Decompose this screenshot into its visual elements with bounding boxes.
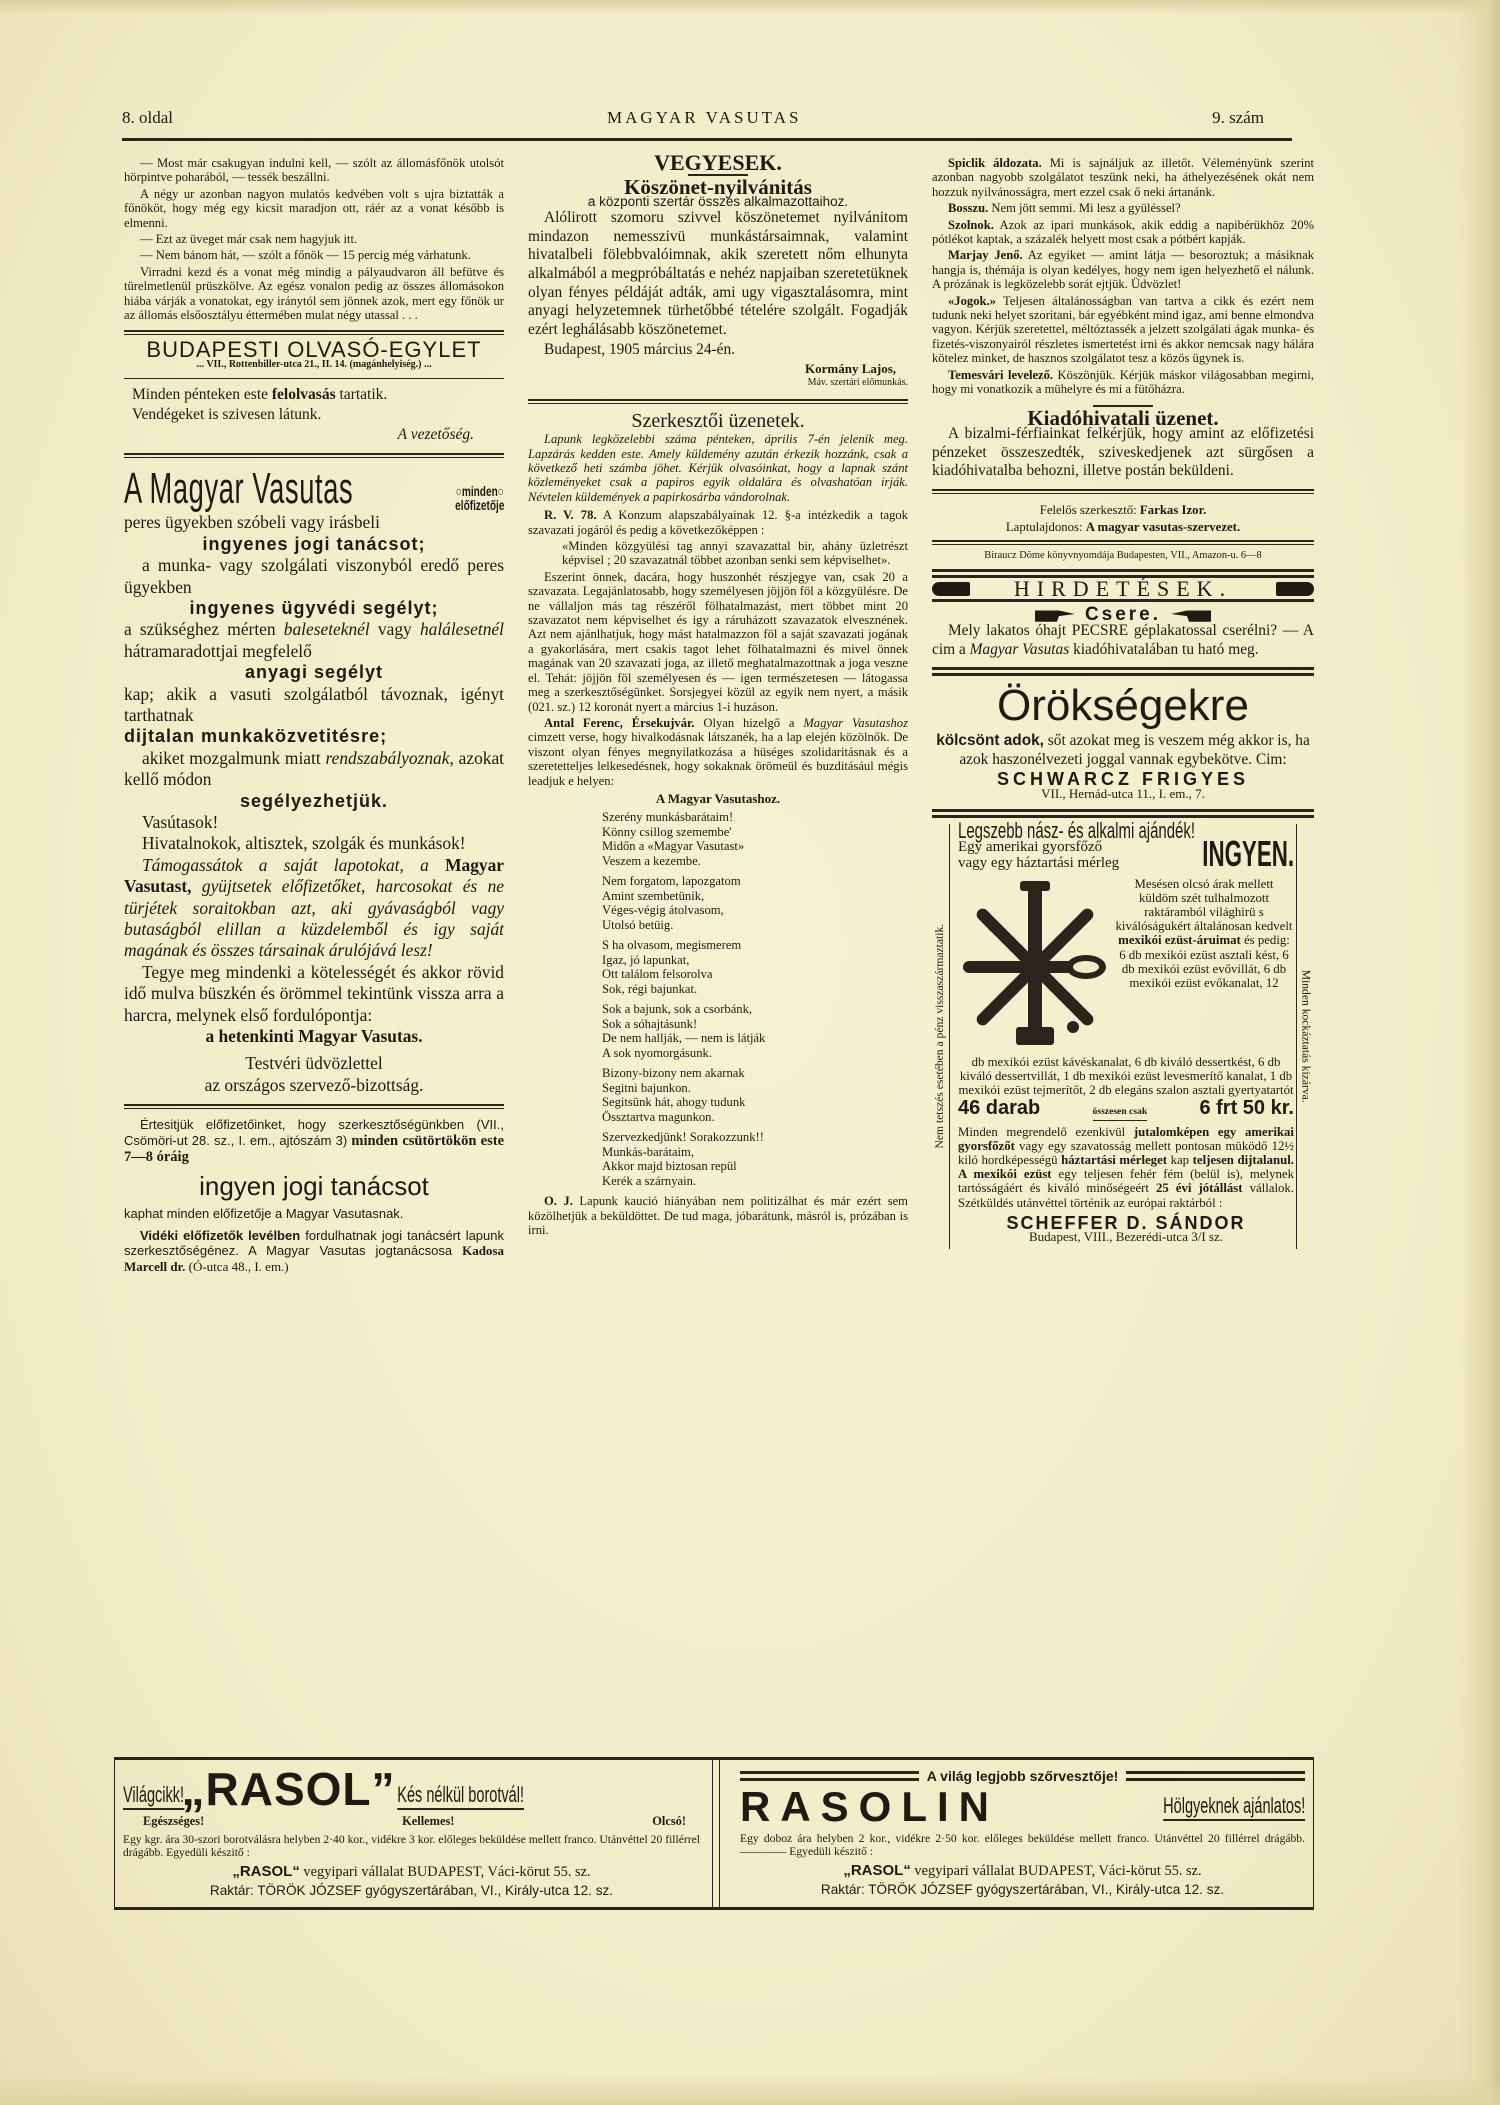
poem-line: Véges-végig átolvasom, <box>602 903 908 918</box>
kiado-paragraph: A bizalmi-férfiainkat felkérjük, hogy am… <box>932 425 1314 481</box>
mv-ad-line: peres ügyekben szóbeli vagy irásbeli <box>124 512 504 533</box>
text: Minden megrendelő ezenkivül <box>958 1125 1134 1139</box>
story-paragraph: — Most már csakugyan indulni kell, — szó… <box>124 156 504 185</box>
szerk-message: Eszerint önnek, dacára, hogy huszonhét r… <box>528 570 908 714</box>
nasz-offer-row: Egy amerikai gyorsfőzővagy egy háztartás… <box>958 839 1294 871</box>
text: Olyan hizelgő a <box>695 716 804 730</box>
rasol-body: Egy kgr. ára 30-szori borotválásra helyb… <box>123 1833 700 1859</box>
szerk-message: Antal Ferenc, Érsekujvár. Olyan hizelgő … <box>528 716 908 788</box>
paper-edge-top <box>0 0 1500 14</box>
poem-line: S ha olvasom, megismerem <box>602 938 908 953</box>
olvaso-emphasis: felolvasás <box>272 386 336 403</box>
koszonet-body: Alólirott szomoru szivvel köszönetemet n… <box>528 209 908 360</box>
mv-ad-line: Vasútasok! <box>124 812 504 833</box>
story-paragraph: A négy ur azonban nagyon mulatós kedvébe… <box>124 187 504 230</box>
poem-line: Sok a sóhajtásunk! <box>602 1017 908 1032</box>
recipient-name: Antal Ferenc, Érsekujvár. <box>544 716 695 730</box>
rasol-ad: Világcikk! „RASOL” Kés nélkül borotvál! … <box>114 1760 708 1907</box>
poem-line: Munkás-barátaim, <box>602 1145 908 1160</box>
side-note-text: Nem tetszés esetében a pénz visszaszárma… <box>933 924 947 1149</box>
text: a szükséghez mérten <box>124 619 284 639</box>
recipient-name: Bosszu. <box>948 201 988 215</box>
imprint-editor: Felelős szerkesztő: Farkas Izor. <box>932 502 1314 519</box>
text-bold: 25 évi jótállást <box>1156 1181 1243 1195</box>
maker-text: vegyipari vállalat BUDAPEST, Váci-körut … <box>911 1863 1202 1879</box>
ad-separator <box>708 1760 724 1907</box>
poem-line: A sok nyomorgásunk. <box>602 1046 908 1061</box>
mv-ad-title: A Magyar Vasutas <box>124 466 310 512</box>
notice-headline: ingyen jogi tanácsot <box>124 1170 504 1202</box>
seller-address: Budapest, VIII., Bezerédi-utca 3/I sz. <box>958 1230 1294 1248</box>
side-note-text: Minden kockáztatás kizárva. <box>1298 970 1312 1103</box>
notice-line: Értesitjük előfizetőinket, hogy szerkesz… <box>124 1117 504 1166</box>
szerk-intro: Lapunk legközelebbi száma pénteken, ápri… <box>528 432 908 504</box>
mv-ad-title-row: A Magyar Vasutas ○minden○előfizetője <box>124 466 504 512</box>
szerk-messages-continued: Spiclik áldozata. Mi is sajnáljuk az ill… <box>932 156 1314 397</box>
poem-stanza: Bizony-bizony nem akarnakSegitni bajunko… <box>602 1066 908 1124</box>
poem-line: Segitni bajunkon. <box>602 1081 908 1096</box>
poem-stanza: Nem forgatom, lapozgatomAmint szembetüni… <box>602 874 908 932</box>
column-3: Spiclik áldozata. Mi is sajnáljuk az ill… <box>932 156 1314 1249</box>
section-divider <box>528 399 908 404</box>
text: (Ó-utca 48., I. em.) <box>185 1259 288 1274</box>
story-paragraph: — Ezt az üveget már csak nem hagyjuk itt… <box>124 232 504 246</box>
text: vagy <box>370 619 420 639</box>
rasolin-tagline: A világ legjobb szőrvesztője! <box>927 1768 1119 1784</box>
text-bold: mexikói ezüst-áruimat <box>1118 933 1241 947</box>
orokseg-ad: Örökségekre kölcsönt adok, sőt azokat me… <box>932 680 1314 801</box>
szerk-message: O. J. Lapunk kaució hiányában nem politi… <box>528 1194 908 1237</box>
paper-edge-bottom <box>0 2075 1500 2105</box>
text-italic: Támogassátok a saját lapotokat, a <box>142 855 445 875</box>
recipient-name: R. V. 78. <box>544 508 597 522</box>
text: Nem jött semmi. Mi lesz a gyüléssel? <box>988 201 1180 215</box>
recipient-name: Szolnok. <box>948 218 994 232</box>
item-count: 46 darab <box>958 1101 1040 1115</box>
text: hátramaradottjai megfelelő <box>124 641 312 661</box>
poem-title: A Magyar Vasutashoz. <box>528 792 908 806</box>
orokseg-address: VII., Hernád-utca 11., I. em., 7. <box>932 787 1314 801</box>
text: és pedig: <box>1241 933 1290 947</box>
nasz-description: Mesésen olcsó árak mellett küldöm szét t… <box>1114 877 1294 1055</box>
koszonet-date: Budapest, 1905 március 24-én. <box>528 341 908 360</box>
olvaso-text: Vendégeket is szivesen látunk. <box>132 405 504 425</box>
story-paragraph: — Nem bánom hát, — szólt a főnök — 15 pe… <box>124 248 504 262</box>
ads-heading: HIRDETÉSEK. <box>932 582 1314 596</box>
poem-line: Akkor majd biztosan repül <box>602 1159 908 1174</box>
printer-line: Biraucz Döme könyvnyomdája Budapesten, V… <box>932 549 1314 563</box>
recipient-name: «Jogok.» <box>948 294 996 308</box>
text: kap <box>1167 1153 1193 1167</box>
masthead-title: MAGYAR VASUTAS <box>607 108 801 128</box>
mv-ad-line: akiket mozgalmunk miatt rendszabályoznak… <box>124 748 504 791</box>
mv-ad-line: kap; akik a vasuti szolgálatból távoznak… <box>124 684 504 727</box>
csere-title-row: Csere. <box>932 608 1314 622</box>
price-value: 6 frt 50 kr. <box>1199 1101 1294 1115</box>
poem-line: Szerény munkásbarátaim! <box>602 810 908 825</box>
poem-stanza: Szerény munkásbarátaim!Könny csillog sze… <box>602 810 908 868</box>
szerk-title: Szerkesztői üzenetek. <box>528 414 908 428</box>
mv-ad-heading: ingyenes jogi tanácsot; <box>124 534 504 555</box>
text: Lapunk kaució hiányában nem politizálhat… <box>528 1194 908 1237</box>
divider <box>932 569 1314 572</box>
mv-ad-heading: dijtalan munkaközvetitésre; <box>124 726 504 747</box>
notice-line: Vidéki előfizetők levélben fordulhatnak … <box>124 1228 504 1275</box>
mv-ad-line: a munka- vagy szolgálati viszonyból ered… <box>124 555 504 598</box>
rasolin-raktar: Raktár: TÖRÖK JÓZSEF gyógyszertárában, V… <box>740 1882 1305 1897</box>
ads-heading-text: HIRDETÉSEK. <box>1014 582 1232 596</box>
orokseg-title: Örökségekre <box>932 680 1314 732</box>
story-continuation: — Most már csakugyan indulni kell, — szó… <box>124 156 504 322</box>
ingyen-label: INGYEN. <box>1202 847 1294 861</box>
imprint: Felelős szerkesztő: Farkas Izor. Laptula… <box>932 502 1314 536</box>
section-divider <box>932 489 1314 494</box>
label: Felelős szerkesztő: <box>1040 503 1140 517</box>
story-paragraph: Virradni kezd és a vonat még mindig a pá… <box>124 265 504 323</box>
editor-name: Farkas Izor. <box>1140 503 1206 517</box>
badge-line: előfizetője <box>455 497 504 513</box>
koszonet-title: Köszönet-nyilvánitás <box>528 180 908 194</box>
text-italic: Magyar Vasutashoz <box>803 716 908 730</box>
pen-ornament-icon <box>1276 582 1314 596</box>
decor-bars <box>740 1771 919 1781</box>
mv-ad-line: a szükséghez mérten baleseteknél vagy ha… <box>124 619 504 662</box>
poem-line: Midőn a «Magyar Vasutast» <box>602 839 908 854</box>
recipient-name: O. J. <box>544 1194 573 1208</box>
poem-line: Sok a bajunk, sok a csorbánk, <box>602 1002 908 1017</box>
cutlery-candlestick-illustration <box>958 877 1108 1055</box>
seller-name: SCHEFFER D. SÁNDOR <box>958 1216 1294 1230</box>
column-2: VEGYESEK. Köszönet-nyilvánitás a központ… <box>528 156 908 1240</box>
rasol-subtitles: Egészséges! Kellemes! Olcsó! <box>123 1814 700 1829</box>
rasol-sub: Olcsó! <box>652 1814 686 1829</box>
rasolin-ad: A világ legjobb szőrvesztője! RASOLIN Hö… <box>724 1760 1314 1907</box>
csere-ad: Csere. Mely lakatos óhajt PECSRE géplaka… <box>932 608 1314 660</box>
mv-ad-signature: az országos szervező-bizottság. <box>124 1075 504 1096</box>
mv-ad-heading: ingyenes ügyvédi segélyt; <box>124 598 504 619</box>
poem-line: Könny csillog szemembe' <box>602 825 908 840</box>
koszonet-paragraph: Alólirott szomoru szivvel köszönetemet n… <box>528 209 908 339</box>
pointing-hand-icon <box>1035 608 1075 622</box>
olvaso-text: tartatik. <box>336 386 388 403</box>
recipient-name: Marjay Jenő. <box>948 248 1023 262</box>
text-italic: halálesetnél <box>420 619 504 639</box>
poem-line: Össztartva magunkon. <box>602 1110 908 1125</box>
bottom-ads: Világcikk! „RASOL” Kés nélkül borotvál! … <box>114 1757 1314 1910</box>
recipient-name: Temesvári levelező. <box>948 368 1053 382</box>
message-item: Szolnok. Azok az ipari munkások, akik ed… <box>932 218 1314 247</box>
orokseg-body: kölcsönt adok, sőt azokat meg is veszem … <box>932 732 1314 769</box>
olvaso-signature: A vezetőség. <box>132 425 504 445</box>
rasol-maker: „RASOL“ vegyipari vállalat BUDAPEST, Vác… <box>123 1863 700 1881</box>
poem-line: Sok, régi bajunkat. <box>602 982 908 997</box>
rasol-tag: Kés nélkül borotvál! <box>397 1782 524 1810</box>
divider <box>932 673 1314 676</box>
legal-advice-notice: Értesitjük előfizetőinket, hogy szerkesz… <box>124 1117 504 1274</box>
poem-stanza: S ha olvasom, megismeremIgaz, jó lapunka… <box>602 938 908 996</box>
text: cimzett verse, hogy hivalkodásnak látsza… <box>528 730 908 787</box>
mv-ad-badge: ○minden○előfizetője <box>455 484 504 512</box>
price-row: 46 darab összesen csak 6 frt 50 kr. <box>958 1101 1294 1120</box>
section-divider <box>124 1104 504 1109</box>
divider <box>932 809 1314 812</box>
koszonet-signer-role: Máv. szertári előmunkás. <box>528 376 908 390</box>
poem-line: Utolsó betüig. <box>602 918 908 933</box>
nasz-image-row: Mesésen olcsó árak mellett küldöm szét t… <box>958 877 1294 1055</box>
poem-line: Nem forgatom, lapozgatom <box>602 874 908 889</box>
section-divider <box>124 453 504 458</box>
newspaper-page: 8. oldal MAGYAR VASUTAS 9. szám — Most m… <box>0 0 1500 2105</box>
poem-line: De nem hallják, — nem is látják <box>602 1031 908 1046</box>
maker-brand: „RASOL“ <box>843 1862 911 1879</box>
text-italic: baleseteknél <box>284 619 370 639</box>
owner-name: A magyar vasutas-szervezet. <box>1086 520 1240 534</box>
mv-ad-heading: segélyezhetjük. <box>124 791 504 812</box>
text-bold: háztartási mérleget <box>1061 1153 1167 1167</box>
recipient-name: Spiclik áldozata. <box>948 156 1042 170</box>
page-number: 8. oldal <box>122 108 173 128</box>
section-divider <box>124 330 504 335</box>
rasolin-tagline-row: A világ legjobb szőrvesztője! <box>740 1768 1305 1784</box>
poem-line: Szervezkedjünk! Sorakozzunk!! <box>602 1130 908 1145</box>
poem-line: Kerék a szárnyain. <box>602 1174 908 1189</box>
section-divider <box>932 540 1314 545</box>
koszonet-signer: Kormány Lajos, <box>528 362 908 376</box>
mv-ad-line: Hivatalnokok, altisztek, szolgák és munk… <box>124 833 504 854</box>
mv-ad-line: a hetenkinti Magyar Vasutas. <box>124 1026 504 1047</box>
nasz-offer: Egy amerikai gyorsfőzővagy egy háztartás… <box>958 839 1119 871</box>
message-item: Spiclik áldozata. Mi is sajnáljuk az ill… <box>932 156 1314 199</box>
text: Mesésen olcsó árak mellett küldöm szét t… <box>1116 877 1293 934</box>
divider <box>932 667 1314 670</box>
olvaso-egylet-notice: BUDAPESTI OLVASÓ-EGYLET ... VII., Rotten… <box>124 343 504 445</box>
nasz-bonus: Minden megrendelő ezenkivül jutalomképen… <box>958 1125 1294 1210</box>
mv-ad-greeting: Testvéri üdvözlettel <box>124 1053 504 1074</box>
column-1: — Most már csakugyan indulni kell, — szó… <box>124 156 504 1276</box>
side-note-left: Nem tetszés esetében a pénz visszaszárma… <box>932 824 950 1248</box>
maker-brand: „RASOL“ <box>232 1863 300 1880</box>
section-title-vegyesek: VEGYESEK. <box>528 156 908 170</box>
poem-line: Igaz, jó lapunkat, <box>602 953 908 968</box>
price-label: összesen csak <box>1093 1105 1148 1120</box>
side-note-right: Minden kockáztatás kizárva. <box>1296 824 1314 1248</box>
maker-text: vegyipari vállalat BUDAPEST, Váci-körut … <box>300 1864 591 1880</box>
nasz-title: Legszebb nász- és alkalmi ajándék! <box>958 824 1186 838</box>
text: kiadóhivatalában tu ható meg. <box>1069 641 1258 658</box>
poem-line: Ott találom felsorolva <box>602 967 908 982</box>
mv-ad-body: peres ügyekben szóbeli vagy irásbeli ing… <box>124 512 504 1096</box>
notice-line: kaphat minden előfizetője a Magyar Vasut… <box>124 1206 504 1222</box>
header-rule <box>122 138 1292 141</box>
rasol-brand: „RASOL” <box>182 1768 396 1810</box>
rasol-tag: Világcikk! <box>123 1782 184 1810</box>
message-item: Marjay Jenő. Az egyiket — amint látja — … <box>932 248 1314 291</box>
rasolin-brand: RASOLIN <box>740 1786 999 1828</box>
text: 6 db mexikói ezüst asztali kést, 6 db me… <box>1119 948 1289 990</box>
rasol-sub: Egészséges! <box>143 1814 204 1829</box>
text: akiket mozgalmunk miatt <box>142 748 325 768</box>
poem-line: Segitsünk hát, ahogy tudunk <box>602 1095 908 1110</box>
mv-ad-line: Támogassátok a saját lapotokat, a Magyar… <box>124 855 504 962</box>
szerk-quote: «Minden közgyülési tag annyi szavazattal… <box>528 539 908 568</box>
label: Laptulajdonos: <box>1006 520 1086 534</box>
csere-body: Mely lakatos óhajt PECSRE géplakatossal … <box>932 622 1314 659</box>
decor-bars <box>1126 1771 1305 1781</box>
poem: Szerény munkásbarátaim!Könny csillog sze… <box>528 810 908 1188</box>
poem-line: Bizony-bizony nem akarnak <box>602 1066 908 1081</box>
imprint-owner: Laptulajdonos: A magyar vasutas-szerveze… <box>932 519 1314 536</box>
kiado-title: Kiadóhivatali üzenet. <box>932 411 1314 425</box>
olvaso-title: BUDAPESTI OLVASÓ-EGYLET <box>124 343 504 357</box>
paper-edge-right <box>1460 0 1500 2105</box>
szerk-message: R. V. 78. A Konzum alapszabályainak 12. … <box>528 508 908 537</box>
text-italic: rendszabályoznak <box>325 748 449 768</box>
poem-stanza: Sok a bajunk, sok a csorbánk,Sok a sóhaj… <box>602 1002 908 1060</box>
message-item: Bosszu. Nem jött semmi. Mi lesz a gyülés… <box>932 201 1314 215</box>
poem-stanza: Szervezkedjünk! Sorakozzunk!!Munkás-bará… <box>602 1130 908 1188</box>
olvaso-body: Minden pénteken este felolvasás tartatik… <box>124 385 504 445</box>
rasolin-brand-row: RASOLIN Hölgyeknek ajánlatos! <box>740 1786 1305 1828</box>
message-item: «Jogok.» Teljesen általánosságban van ta… <box>932 294 1314 366</box>
rasol-raktar: Raktár: TÖRÖK JÓZSEF gyógyszertárában, V… <box>123 1883 700 1898</box>
text-bold: kölcsönt adok, <box>936 732 1044 749</box>
olvaso-text: Minden pénteken este <box>132 386 272 403</box>
csere-title: Csere. <box>1085 608 1161 622</box>
koszonet-subtitle: a központi szertár összes alkalmazottaih… <box>528 195 908 209</box>
nasz-ajandek-ad: Nem tetszés esetében a pénz visszaszárma… <box>932 824 1314 1248</box>
rasol-sub: Kellemes! <box>402 1814 454 1829</box>
rasolin-body: Egy doboz ára helyben 2 kor., vidékre 2·… <box>740 1832 1305 1858</box>
message-item: Temesvári levelező. Köszönjük. Kérjük má… <box>932 368 1314 397</box>
text-bold: Vidéki előfizetők levélben <box>140 1228 300 1243</box>
mv-ad-heading: anyagi segélyt <box>124 662 504 683</box>
orokseg-name: SCHWARCZ FRIGYES <box>932 772 1314 786</box>
page-header: 8. oldal MAGYAR VASUTAS 9. szám <box>122 104 1292 134</box>
magyar-vasutas-ad: A Magyar Vasutas ○minden○előfizetője per… <box>124 466 504 1096</box>
rasolin-tag: Hölgyeknek ajánlatos! <box>1163 1793 1305 1821</box>
poem-line: Veszem a kezembe. <box>602 854 908 869</box>
pointing-hand-icon <box>1171 608 1211 622</box>
nasz-item-list: db mexikói ezüst kávéskanalat, 6 db kivá… <box>958 1055 1294 1098</box>
rasolin-maker: „RASOL“ vegyipari vállalat BUDAPEST, Vác… <box>740 1862 1305 1880</box>
divider <box>124 378 504 379</box>
poem-line: Amint szembetünik, <box>602 889 908 904</box>
kiado-body: A bizalmi-férfiainkat felkérjük, hogy am… <box>932 425 1314 481</box>
text-italic: Magyar Vasutas <box>970 641 1070 658</box>
mv-ad-line: Tegye meg mindenki a kötelességét és akk… <box>124 962 504 1026</box>
pen-ornament-icon <box>932 582 970 596</box>
text: vagy egy háztartási mérleg <box>958 855 1119 871</box>
issue-number: 9. szám <box>1212 108 1264 128</box>
rasol-head: Világcikk! „RASOL” Kés nélkül borotvál! <box>123 1768 700 1810</box>
